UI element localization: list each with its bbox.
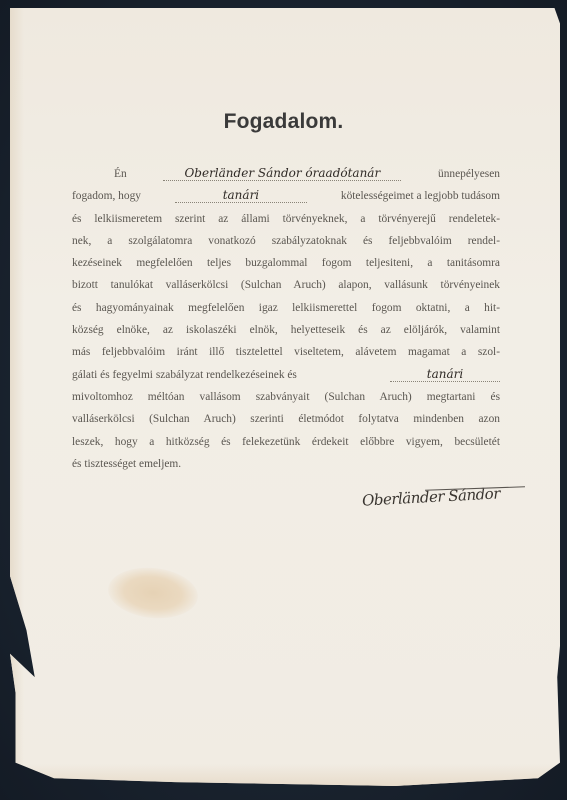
oath-line-14: és tisztességet emeljem.: [72, 453, 500, 475]
oath-line-9: más feljebbvalóim iránt illő tisztelette…: [72, 341, 500, 363]
paper-bottom-fold: [10, 764, 560, 786]
oath-line-1: Én Oberländer Sándor óraadótanár ünnepél…: [72, 163, 500, 185]
paper-stain: [106, 563, 201, 622]
oath-line-4: nek, a szolgálatomra vonatkozó szabályza…: [72, 230, 500, 252]
oath-line-5: kezéseinek megfelelően teljes buzgalomma…: [72, 252, 500, 274]
document-title: Fogadalom.: [0, 110, 567, 134]
oath-line-2: fogadom, hogy tanári kötelességeimet a l…: [72, 185, 500, 207]
oath-line-3: és lelkiismeretem szerint az állami törv…: [72, 208, 500, 230]
scanned-document-scene: Fogadalom. Én Oberländer Sándor óraadóta…: [0, 0, 567, 800]
handwritten-role-field-2: tanári: [390, 367, 500, 382]
oath-line-11: mivoltomhoz méltóan vallásom szabványait…: [72, 386, 500, 408]
oath-text: Én: [114, 163, 127, 185]
oath-line-6: bizott tanulókat valláserkölcsi (Sulchan…: [72, 274, 500, 296]
oath-text: ünnepélyesen: [438, 163, 500, 185]
oath-text: gálati és fegyelmi szabályzat rendelkezé…: [72, 364, 297, 386]
oath-line-8: község elnöke, az iskolaszéki elnök, hel…: [72, 319, 500, 341]
oath-line-10: gálati és fegyelmi szabályzat rendelkezé…: [72, 364, 500, 386]
oath-body: Én Oberländer Sándor óraadótanár ünnepél…: [72, 163, 500, 475]
oath-line-7: és hagyományainak megfelelően igaz lelki…: [72, 297, 500, 319]
oath-text: kötelességeimet a legjobb tudásom: [341, 185, 500, 207]
oath-text: fogadom, hogy: [72, 185, 141, 207]
handwritten-role-field: tanári: [175, 188, 307, 203]
oath-line-12: valláserkölcsi (Sulchan Aruch) szerinti …: [72, 408, 500, 430]
oath-line-13: leszek, hogy a hitközség és felekezetünk…: [72, 431, 500, 453]
handwritten-name-field: Oberländer Sándor óraadótanár: [163, 166, 401, 181]
